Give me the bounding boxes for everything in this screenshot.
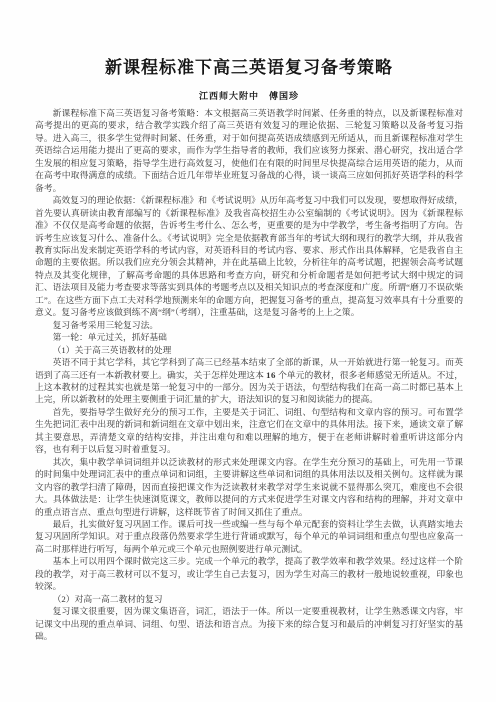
paragraph-four-periods: 基本上可以用四个课时做完这三步。完成一个单元的教学，提高了教学效率和教学效果。经…	[35, 555, 463, 592]
author-byline: 江西师大附中 傅国珍	[35, 90, 463, 102]
paragraph-theory-basis: 高效复习的理论依据：《新课程标准》和《考试说明》从历年高考复习中我们可以发现，要…	[35, 194, 463, 319]
heading-round-one: 第一轮：单元过关，抓好基础	[35, 331, 463, 343]
document-title: 新课程标准下高三英语复习备考策略	[35, 57, 463, 79]
line-three-round-method: 复习备考采用三轮复习法。	[35, 319, 463, 331]
unit-count: 16	[266, 370, 276, 380]
paragraph-consolidation: 最后，扎实做好复习巩固工作。课后可找一些或编一些与每个单元配套的资料让学生去做，…	[35, 518, 463, 555]
paragraph-abstract: 新课程标准下高三英语复习备考策略：本文根据高三英语教学时间紧、任务重的特点，以及…	[35, 107, 463, 194]
paragraph-review-texts: 复习课文很重要，因为课文集语音，词汇，语法于一体。所以一定要重视教材，让学生熟悉…	[35, 605, 463, 642]
paragraph-textbook-handling: 英语不同于其它学科，其它学科到了高三已经基本结束了全部的新课，从一开始就进行第一…	[35, 356, 463, 406]
document-page: 新课程标准下高三英语复习备考策略 江西师大附中 傅国珍 新课程标准下高三英语复习…	[0, 0, 496, 702]
heading-item-1: （1）关于高三英语教材的处理	[35, 344, 463, 356]
paragraph-preview-guidance: 首先，要指导学生做好充分的预习工作，主要是关于词汇、词组、句型结构和文章内容的预…	[35, 406, 463, 456]
document-body: 新课程标准下高三英语复习备考策略：本文根据高三英语教学时间紧、任务重的特点，以及…	[35, 107, 463, 642]
heading-item-2: （2）对高一高二教材的复习	[35, 593, 463, 605]
paragraph-vocab-teaching: 其次，集中教学单词词组并以泛读教材的形式来处理课文内容。在学生充分预习的基础上，…	[35, 456, 463, 518]
